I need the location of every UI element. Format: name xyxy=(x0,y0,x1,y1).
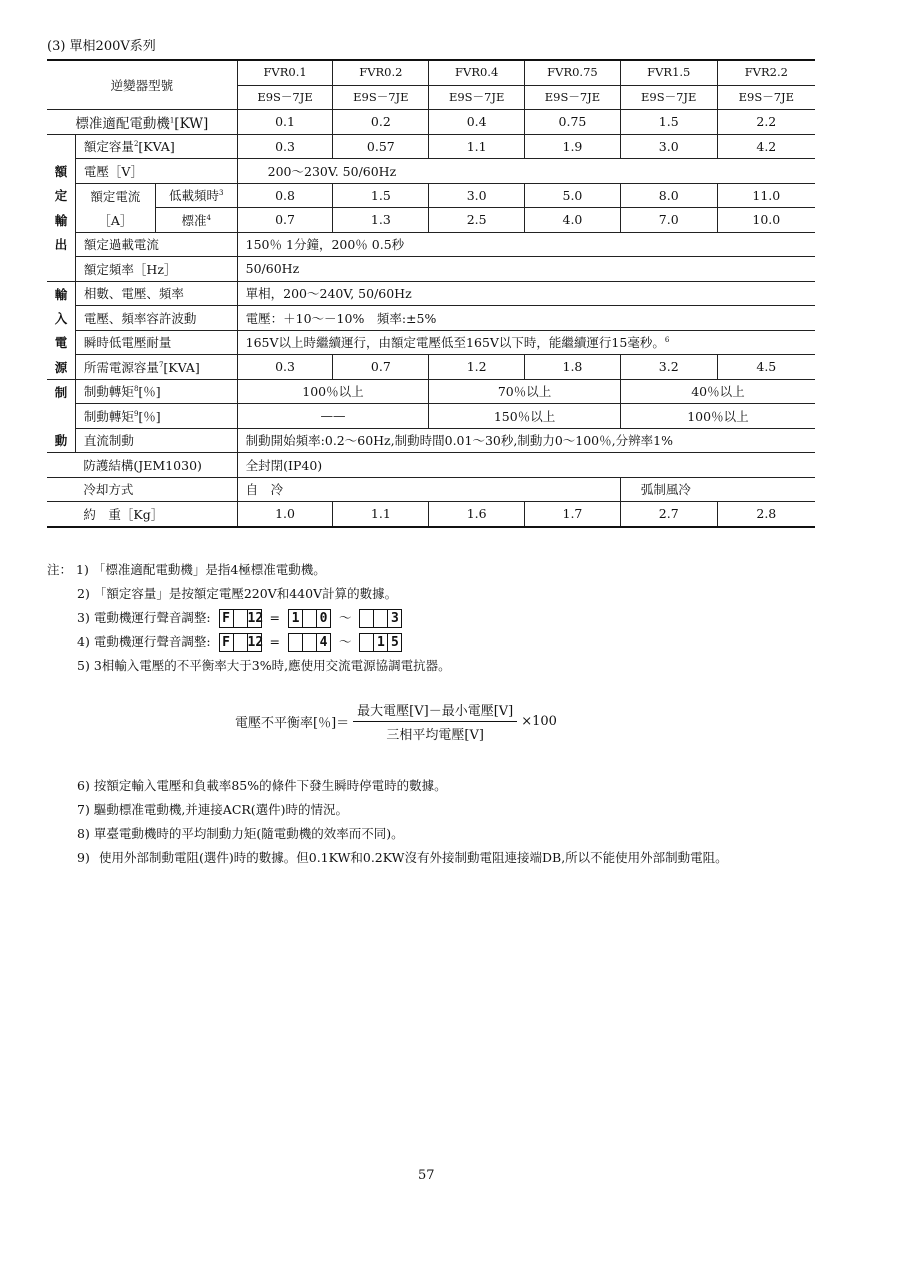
brake-torque-value: 40％以上 xyxy=(620,379,815,404)
range-sign: ～ xyxy=(339,634,352,649)
current-low-value: 5.0 xyxy=(525,183,621,208)
supply-label: 所需電源容量7[KVA] xyxy=(75,355,237,380)
capacity-value: 4.2 xyxy=(717,134,815,159)
note-number: 6) xyxy=(77,778,90,793)
current-std-label: 標准4 xyxy=(155,208,237,233)
model-code: E9S－7JE xyxy=(429,85,525,110)
current-low-value: 8.0 xyxy=(620,183,717,208)
protection-value: 全封閉(IP40) xyxy=(237,453,815,478)
note-2: 2) 「額定容量」是按額定電壓220V和440V計算的數據。 xyxy=(47,582,827,606)
lcd-display-min: 10 xyxy=(288,609,331,628)
brake-torque-row: 制 制動轉矩8[％] 100％以上 70％以上 40％以上 xyxy=(47,379,815,404)
motor-value: 0.75 xyxy=(525,110,621,135)
overload-value: 150％ 1分鐘，200％ 0.5秒 xyxy=(237,232,815,257)
supply-value: 1.8 xyxy=(525,355,621,380)
note-7: 7) 驅動標准電動機,并連接ACR(選件)時的情況。 xyxy=(47,798,827,822)
current-std-value: 10.0 xyxy=(717,208,815,233)
note-text: 電動機運行聲音調整: xyxy=(94,610,211,625)
spec-table: 逆變器型號 FVR0.1 FVR0.2 FVR0.4 FVR0.75 FVR1.… xyxy=(47,59,815,528)
model-name: FVR0.1 xyxy=(237,60,333,85)
supply-value: 1.2 xyxy=(429,355,525,380)
formula-fraction: 最大電壓[V]－最小電壓[V] 三相平均電壓[V] xyxy=(353,700,517,743)
lcd-display-max: 15 xyxy=(359,633,402,652)
note-text: 單臺電動機時的平均制動力矩(隨電動機的效率而不同)。 xyxy=(94,826,404,841)
note-number: 7) xyxy=(77,802,90,817)
supply-value: 3.2 xyxy=(620,355,717,380)
dc-brake-value: 制動開始頻率:0.2～60Hz,制動時間0.01～30秒,制動力0～100％,分… xyxy=(237,428,815,453)
protection-row: 防護結構(JEM1030) 全封閉(IP40) xyxy=(47,453,815,478)
note-4: 4) 電動機運行聲音調整: F12 = 4 ～ 15 xyxy=(47,630,827,654)
group-label-char: 入 xyxy=(47,306,75,331)
motor-value: 2.2 xyxy=(717,110,815,135)
weight-value: 1.0 xyxy=(237,502,333,527)
range-sign: ～ xyxy=(339,610,352,625)
current-std-value: 4.0 xyxy=(525,208,621,233)
current-std-value: 0.7 xyxy=(237,208,333,233)
spacer xyxy=(47,502,75,527)
group-label-char xyxy=(47,257,75,282)
page-number: 57 xyxy=(418,1168,435,1183)
weight-value: 1.7 xyxy=(525,502,621,527)
note-number: 2) xyxy=(77,586,90,601)
tolerance-row: 入 電壓、頻率容許波動 電壓：＋10～－10% 頻率:±5% xyxy=(47,306,815,331)
motor-value: 1.5 xyxy=(620,110,717,135)
current-low-value: 1.5 xyxy=(333,183,429,208)
model-name: FVR0.75 xyxy=(525,60,621,85)
brake-torque-label: 制動轉矩8[％] xyxy=(75,379,237,404)
group-label-char xyxy=(47,134,75,159)
note-8: 8) 單臺電動機時的平均制動力矩(隨電動機的效率而不同)。 xyxy=(47,822,827,846)
model-header-row: 逆變器型號 FVR0.1 FVR0.2 FVR0.4 FVR0.75 FVR1.… xyxy=(47,60,815,85)
current-label: 額定電流 xyxy=(75,183,155,208)
tolerance-label: 電壓、頻率容許波動 xyxy=(75,306,237,331)
note-number: 3) xyxy=(77,610,90,625)
model-code: E9S－7JE xyxy=(620,85,717,110)
supply-value: 4.5 xyxy=(717,355,815,380)
cooling-row: 冷却方式 自 冷 弧制風冷 xyxy=(47,477,815,502)
brake-torque2-label: 制動轉矩9[％] xyxy=(75,404,237,429)
model-code: E9S－7JE xyxy=(237,85,333,110)
brake-torque2-value: 150％以上 xyxy=(429,404,621,429)
current-std-row: 輸 ［A］ 標准4 0.7 1.3 2.5 4.0 7.0 10.0 xyxy=(47,208,815,233)
note-number: 5) xyxy=(77,658,90,673)
model-name: FVR0.2 xyxy=(333,60,429,85)
brake-torque-value: 70％以上 xyxy=(429,379,621,404)
current-low-row: 定 額定電流 低載頻時3 0.8 1.5 3.0 5.0 8.0 11.0 xyxy=(47,183,815,208)
lcd-display-max: 3 xyxy=(359,609,402,628)
dc-brake-row: 動 直流制動 制動開始頻率:0.2～60Hz,制動時間0.01～30秒,制動力0… xyxy=(47,428,815,453)
capacity-value: 1.9 xyxy=(525,134,621,159)
current-unit: ［A］ xyxy=(75,208,155,233)
overload-row: 出 額定過載電流 150％ 1分鐘，200％ 0.5秒 xyxy=(47,232,815,257)
model-code: E9S－7JE xyxy=(717,85,815,110)
weight-value: 1.6 xyxy=(429,502,525,527)
model-code: E9S－7JE xyxy=(525,85,621,110)
note-6: 6) 按額定輸入電壓和負載率85%的條件下發生瞬時停電時的數據。 xyxy=(47,774,827,798)
spacer xyxy=(47,453,75,478)
formula-denominator: 三相平均電壓[V] xyxy=(386,722,484,743)
group-label-char: 制 xyxy=(47,379,75,404)
note-number: 8) xyxy=(77,826,90,841)
cooling-natural: 自 冷 xyxy=(237,477,620,502)
group-label-char: 動 xyxy=(47,428,75,453)
weight-label: 約 重［Kg］ xyxy=(75,502,237,527)
formula-numerator: 最大電壓[V]－最小電壓[V] xyxy=(353,700,517,722)
cooling-forced: 弧制風冷 xyxy=(620,477,815,502)
supply-value: 0.7 xyxy=(333,355,429,380)
frequency-value: 50/60Hz xyxy=(237,257,815,282)
weight-row: 約 重［Kg］ 1.0 1.1 1.6 1.7 2.7 2.8 xyxy=(47,502,815,527)
capacity-row: 額定容量2[KVA] 0.3 0.57 1.1 1.9 3.0 4.2 xyxy=(47,134,815,159)
section-title: (3) 單相200V系列 xyxy=(47,35,156,54)
group-label-char xyxy=(47,404,75,429)
overload-label: 額定過載電流 xyxy=(75,232,237,257)
group-label-char: 額 xyxy=(47,159,75,184)
weight-value: 1.1 xyxy=(333,502,429,527)
capacity-value: 3.0 xyxy=(620,134,717,159)
group-label-char: 輸 xyxy=(47,208,75,233)
motor-value: 0.2 xyxy=(333,110,429,135)
frequency-label: 額定頻率［Hz］ xyxy=(75,257,237,282)
note-text: 3相輸入電壓的不平衡率大于3%時,應使用交流電源協調電抗器。 xyxy=(94,658,451,673)
group-label-char: 出 xyxy=(47,232,75,257)
note-text: 「標准適配電動機」是指4極標准電動機。 xyxy=(93,562,326,577)
motor-label: 標准適配電動機1[KW] xyxy=(47,110,237,135)
capacity-label: 額定容量2[KVA] xyxy=(75,134,237,159)
current-low-value: 3.0 xyxy=(429,183,525,208)
current-std-value: 7.0 xyxy=(620,208,717,233)
current-low-label: 低載頻時3 xyxy=(155,183,237,208)
note-text: 按額定輸入電壓和負載率85%的條件下發生瞬時停電時的數據。 xyxy=(94,778,447,793)
spacer xyxy=(47,477,75,502)
phase-value: 單相，200～240V, 50/60Hz xyxy=(237,281,815,306)
note-3: 3) 電動機運行聲音調整: F12 = 10 ～ 3 xyxy=(47,606,827,630)
brake-torque-value: 100％以上 xyxy=(237,379,429,404)
group-label-char: 源 xyxy=(47,355,75,380)
model-name: FVR1.5 xyxy=(620,60,717,85)
supply-value: 0.3 xyxy=(237,355,333,380)
note-text: 「額定容量」是按額定電壓220V和440V計算的數據。 xyxy=(94,586,397,601)
motor-value: 0.1 xyxy=(237,110,333,135)
unbalance-formula: 電壓不平衡率[％]＝ 最大電壓[V]－最小電壓[V] 三相平均電壓[V] ×10… xyxy=(235,700,557,743)
weight-value: 2.7 xyxy=(620,502,717,527)
phase-label: 相數、電壓、頻率 xyxy=(75,281,237,306)
note-1: 注： 1) 「標准適配電動機」是指4極標准電動機。 xyxy=(47,558,827,582)
tolerance-value: 電壓：＋10～－10% 頻率:±5% xyxy=(237,306,815,331)
dip-row: 電 瞬時低電壓耐量 165V以上時繼續運行，由額定電壓低至165V以下時，能繼續… xyxy=(47,330,815,355)
current-std-value: 2.5 xyxy=(429,208,525,233)
capacity-value: 1.1 xyxy=(429,134,525,159)
note-5: 5) 3相輸入電壓的不平衡率大于3%時,應使用交流電源協調電抗器。 xyxy=(47,654,827,678)
note-number: 4) xyxy=(77,634,90,649)
note-number: 1) xyxy=(76,562,89,577)
group-label-char: 定 xyxy=(47,183,75,208)
voltage-row: 額 電壓［V］ 200～230V. 50/60Hz xyxy=(47,159,815,184)
brake-torque2-row: 制動轉矩9[％] —— 150％以上 100％以上 xyxy=(47,404,815,429)
brake-torque2-value: 100％以上 xyxy=(620,404,815,429)
motor-value: 0.4 xyxy=(429,110,525,135)
model-name: FVR0.4 xyxy=(429,60,525,85)
protection-label: 防護結構(JEM1030) xyxy=(75,453,237,478)
note-text: 電動機運行聲音調整: xyxy=(94,634,211,649)
weight-value: 2.8 xyxy=(717,502,815,527)
motor-row: 標准適配電動機1[KW] 0.1 0.2 0.4 0.75 1.5 2.2 xyxy=(47,110,815,135)
note-9: 9) 使用外部制動電阻(選件)時的數據。但0.1KW和0.2KW沒有外接制動電阻… xyxy=(47,846,827,870)
capacity-value: 0.3 xyxy=(237,134,333,159)
dip-label: 瞬時低電壓耐量 xyxy=(75,330,237,355)
note-number: 9) xyxy=(77,846,99,870)
capacity-value: 0.57 xyxy=(333,134,429,159)
model-name: FVR2.2 xyxy=(717,60,815,85)
note-text: 驅動標准電動機,并連接ACR(選件)時的情況。 xyxy=(94,802,348,817)
voltage-label: 電壓［V］ xyxy=(75,159,237,184)
dc-brake-label: 直流制動 xyxy=(75,428,237,453)
current-low-value: 0.8 xyxy=(237,183,333,208)
model-header-label: 逆變器型號 xyxy=(47,60,237,110)
formula-lhs: 電壓不平衡率[％]＝ xyxy=(235,712,349,731)
supply-row: 源 所需電源容量7[KVA] 0.3 0.7 1.2 1.8 3.2 4.5 xyxy=(47,355,815,380)
lcd-display-min: 4 xyxy=(288,633,331,652)
cooling-label: 冷却方式 xyxy=(75,477,237,502)
brake-torque2-value: —— xyxy=(237,404,429,429)
group-label-char: 輸 xyxy=(47,281,75,306)
notes-prefix: 注： xyxy=(47,562,72,577)
voltage-value: 200～230V. 50/60Hz xyxy=(237,159,815,184)
equals-sign: = xyxy=(270,634,280,649)
note-text: 使用外部制動電阻(選件)時的數據。但0.1KW和0.2KW沒有外接制動電阻連接端… xyxy=(99,846,799,870)
model-code: E9S－7JE xyxy=(333,85,429,110)
equals-sign: = xyxy=(270,610,280,625)
lcd-display-code: F12 xyxy=(219,633,262,652)
phase-row: 輸 相數、電壓、頻率 單相，200～240V, 50/60Hz xyxy=(47,281,815,306)
lcd-display-code: F12 xyxy=(219,609,262,628)
formula-rhs: ×100 xyxy=(521,714,557,729)
current-std-value: 1.3 xyxy=(333,208,429,233)
frequency-row: 額定頻率［Hz］ 50/60Hz xyxy=(47,257,815,282)
group-label-char: 電 xyxy=(47,330,75,355)
current-low-value: 11.0 xyxy=(717,183,815,208)
dip-value: 165V以上時繼續運行，由額定電壓低至165V以下時，能繼續運行15毫秒。6 xyxy=(237,330,815,355)
